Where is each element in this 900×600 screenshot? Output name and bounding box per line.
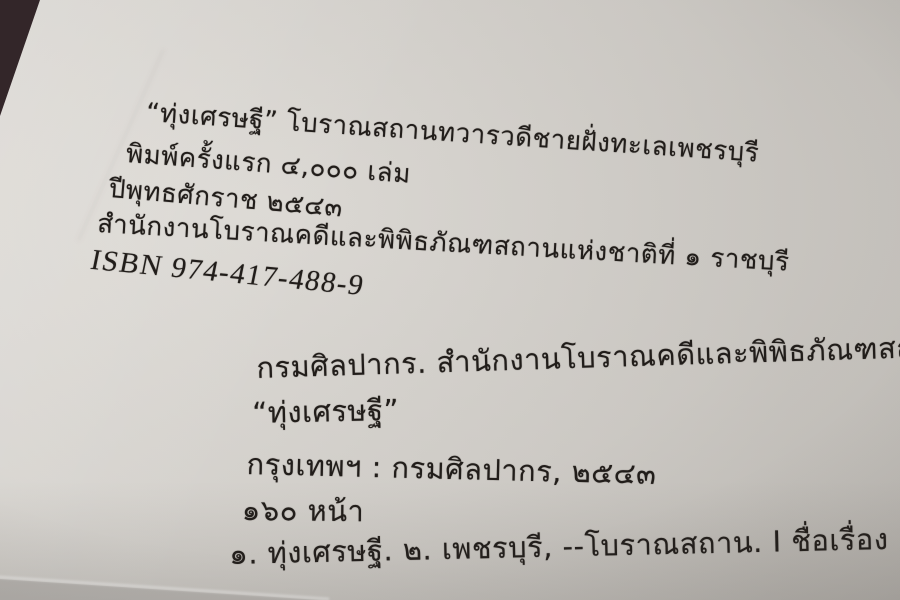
colophon-isbn-line: ISBN 974-417-488-9 xyxy=(88,246,367,301)
citation-author-line: กรมศิลปากร. สำนักงานโบราณคดีและพิพิธภัณฑ… xyxy=(256,328,900,383)
citation-title-line: “ทุ่งเศรษฐี” xyxy=(252,396,399,428)
citation-imprint-line: กรุงเทพฯ : กรมศิลปากร, ๒๕๔๓ xyxy=(246,450,657,489)
book-page-paper: “ทุ่งเศรษฐี” โบราณสถานทวารวดีชายฝั่งทะเล… xyxy=(0,0,900,600)
citation-pages-line: ๑๖๐ หน้า xyxy=(242,496,365,526)
citation-subjects-line: ๑. ทุ่งเศรษฐี. ๒. เพชรบุรี, --โบราณสถาน.… xyxy=(229,525,889,569)
photo-of-book-page: { "colophon": { "lines": [ "“ทุ่งเศรษฐี”… xyxy=(0,0,900,600)
